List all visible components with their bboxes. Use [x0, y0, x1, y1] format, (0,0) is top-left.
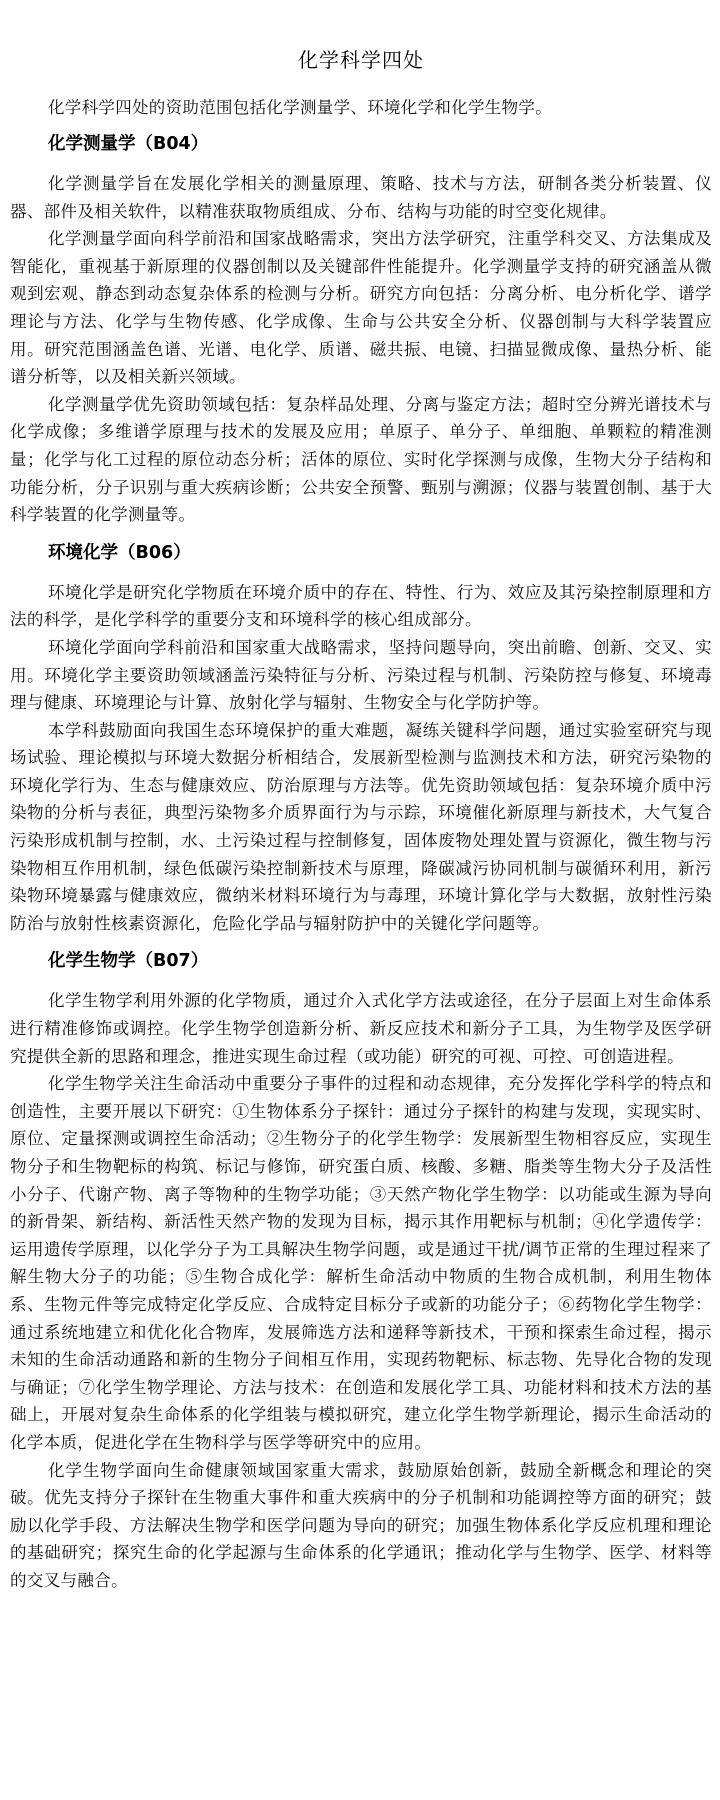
paragraph: 化学生物学关注生命活动中重要分子事件的过程和动态规律，充分发挥化学科学的特点和创… [10, 1070, 712, 1456]
section-body: 环境化学是研究化学物质在环境介质中的存在、特性、行为、效应及其污染控制原理和方法… [10, 579, 712, 938]
paragraph: 化学生物学面向生命健康领域国家重大需求，鼓励原始创新，鼓励全新概念和理论的突破。… [10, 1457, 712, 1595]
paragraph: 化学生物学利用外源的化学物质，通过介入式化学方法或途径，在分子层面上对生命体系进… [10, 987, 712, 1070]
paragraph: 化学测量学旨在发展化学相关的测量原理、策略、技术与方法，研制各类分析装置、仪器、… [10, 170, 712, 225]
paragraph: 环境化学面向学科前沿和国家重大战略需求，坚持问题导向，突出前瞻、创新、交叉、实用… [10, 634, 712, 717]
paragraph: 环境化学是研究化学物质在环境介质中的存在、特性、行为、效应及其污染控制原理和方法… [10, 579, 712, 634]
paragraph: 化学测量学优先资助领域包括：复杂样品处理、分离与鉴定方法；超时空分辨光谱技术与化… [10, 391, 712, 529]
intro-paragraph: 化学科学四处的资助范围包括化学测量学、环境化学和化学生物学。 [10, 94, 712, 122]
section-chemical-biology: 化学生物学（B07） 化学生物学利用外源的化学物质，通过介入式化学方法或途径，在… [10, 947, 712, 1594]
section-body: 化学生物学利用外源的化学物质，通过介入式化学方法或途径，在分子层面上对生命体系进… [10, 987, 712, 1594]
section-chemical-measurement: 化学测量学（B04） 化学测量学旨在发展化学相关的测量原理、策略、技术与方法，研… [10, 130, 712, 529]
section-heading: 环境化学（B06） [10, 539, 712, 567]
section-body: 化学测量学旨在发展化学相关的测量原理、策略、技术与方法，研制各类分析装置、仪器、… [10, 170, 712, 529]
section-heading: 化学生物学（B07） [10, 947, 712, 975]
paragraph: 本学科鼓励面向我国生态环境保护的重大难题，凝练关键科学问题，通过实验室研究与现场… [10, 717, 712, 938]
section-environmental-chemistry: 环境化学（B06） 环境化学是研究化学物质在环境介质中的存在、特性、行为、效应及… [10, 539, 712, 938]
section-heading: 化学测量学（B04） [10, 130, 712, 158]
document-page: 化学科学四处 化学科学四处的资助范围包括化学测量学、环境化学和化学生物学。 化学… [10, 0, 712, 1595]
document-title: 化学科学四处 [10, 0, 712, 80]
paragraph: 化学测量学面向科学前沿和国家战略需求，突出方法学研究，注重学科交叉、方法集成及智… [10, 225, 712, 391]
